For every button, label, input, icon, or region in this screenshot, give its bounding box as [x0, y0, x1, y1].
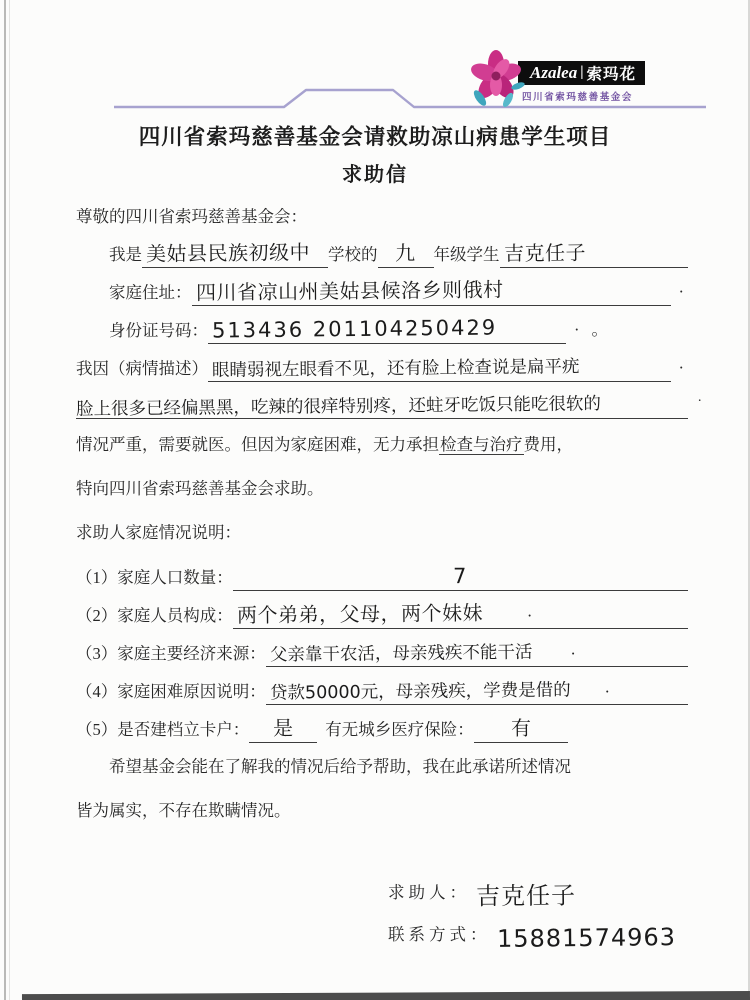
address-label: 家庭住址： — [109, 281, 192, 306]
logo-brand-en: Azalea — [530, 63, 577, 83]
family-item-5-label2: 有无城乡医疗保险： — [317, 718, 474, 743]
letter-title: 四川省索玛慈善基金会请救助凉山病患学生项目 — [0, 120, 750, 151]
id-field: 513436 201104250429 — [208, 319, 566, 344]
logo-brand-divider: | — [580, 64, 583, 81]
appeal-line: 特向四川省索玛慈善基金会求助。 — [76, 471, 688, 509]
applicant-signature-line: 求助人： 吉克任子 — [388, 863, 688, 905]
letter-subtitle: 求助信 — [0, 158, 750, 187]
family-item-2-label: （2）家庭人员构成： — [76, 604, 233, 629]
family-item-4-label: （4）家庭困难原因说明： — [76, 680, 266, 705]
family-item-5: （5）是否建档立卡户： 是 有无城乡医疗保险： 有 — [76, 711, 688, 743]
intro-middle: 学校的 — [328, 243, 378, 268]
intro-prefix: 我是 — [109, 243, 142, 268]
address-handwriting: 四川省凉山州美姑县候洛乡则俄村 — [195, 280, 503, 301]
family-item-5-field1: 是 — [249, 718, 317, 743]
family-item-5-label: （5）是否建档立卡户： — [76, 718, 249, 743]
family-item-1-field: 7 — [233, 566, 688, 591]
id-handwriting: 513436 201104250429 — [212, 319, 497, 340]
salutation-line: 尊敬的四川省索玛慈善基金会： — [76, 198, 688, 230]
condition-line1: 我因（病情描述） 眼睛弱视左眼看不见，还有脸上检查说是扁平疣 · — [76, 350, 688, 382]
logo-org-name: 四川省索玛慈善基金会 — [522, 89, 633, 103]
salutation: 尊敬的四川省索玛慈善基金会： — [76, 205, 307, 230]
id-line: 身份证号码： 513436 201104250429 · 。 — [76, 312, 688, 344]
condition-line2-field: 脸上很多已经偏黑黑，吃辣的很痒特别疼，还蛀牙吃饭只能吃很软的 · — [76, 388, 688, 419]
scanned-letter-page: Azalea | 索玛花 四川省索玛慈善基金会 四川省索玛慈善基金会请救助凉山病… — [0, 0, 750, 1000]
family-item-1: （1）家庭人口数量： 7 — [76, 559, 688, 591]
family-item-5-field2: 有 — [474, 718, 568, 743]
azalea-flower-icon — [466, 48, 526, 110]
family-item-4-dot: · — [605, 682, 611, 701]
family-item-3-label: （3）家庭主要经济来源： — [76, 642, 266, 667]
closing-text-2: 皆为属实，不存在欺瞒情况。 — [76, 801, 291, 820]
family-heading-line: 求助人家庭情况说明： — [76, 515, 688, 553]
signature-block: 求助人： 吉克任子 联系方式： 15881574963 — [388, 863, 688, 947]
condition-line2-dot: · — [697, 390, 702, 414]
letter-body: 尊敬的四川省索玛慈善基金会： 我是 美姑县民族初级中 学校的 九 年级学生 吉克… — [76, 198, 688, 947]
family-heading: 求助人家庭情况说明： — [76, 523, 241, 542]
family-item-2-field: 两个弟弟，父母，两个妹妹 · — [233, 604, 688, 629]
severity-text-2: 费用， — [524, 435, 574, 454]
school-field: 美姑县民族初级中 — [142, 243, 328, 268]
family-item-3-handwriting: 父亲靠干农活，母亲残疾不能干活 — [270, 644, 533, 665]
family-item-1-handwriting: 7 — [453, 567, 469, 585]
id-trailing-dot2: 。 — [584, 318, 613, 344]
id-trailing-dot1: · — [566, 318, 584, 344]
appeal-text: 特向四川省索玛慈善基金会求助。 — [76, 479, 324, 498]
applicant-label: 求助人： — [388, 881, 470, 905]
logo-brand-box: Azalea | 索玛花 — [518, 61, 645, 85]
contact-label: 联系方式： — [388, 923, 491, 947]
family-item-5-handwriting1: 是 — [273, 719, 294, 737]
family-item-4: （4）家庭困难原因说明： 贷款50000元，母亲残疾，学费是借的 · — [76, 673, 688, 705]
closing-line2: 皆为属实，不存在欺瞒情况。 — [76, 793, 688, 831]
family-item-4-handwriting: 贷款50000元，母亲残疾，学费是借的 — [270, 681, 571, 702]
severity-paragraph: 情况严重，需要就医。但因为家庭困难，无力承担检查与治疗费用， — [76, 427, 688, 465]
condition-label: 我因（病情描述） — [76, 357, 208, 382]
family-item-2-handwriting: 两个弟弟，父母，两个妹妹 — [237, 604, 483, 625]
condition-line1-dot: · — [671, 356, 689, 382]
school-handwriting: 美姑县民族初级中 — [146, 243, 310, 263]
grade-handwriting: 九 — [395, 244, 416, 262]
family-item-2-dot: · — [527, 606, 533, 625]
family-item-3: （3）家庭主要经济来源： 父亲靠干农活，母亲残疾不能干活 · — [76, 635, 688, 667]
contact-phone-handwriting: 15881574963 — [496, 928, 675, 948]
family-item-3-field: 父亲靠干农活，母亲残疾不能干活 · — [266, 642, 688, 667]
address-field: 四川省凉山州美姑县候洛乡则俄村 — [192, 281, 671, 306]
intro-suffix: 年级学生 — [434, 243, 500, 268]
applicant-name-handwriting: 吉克任子 — [476, 886, 576, 905]
condition-handwriting-line2: 脸上很多已经偏黑黑，吃辣的很痒特别疼，还蛀牙吃饭只能吃很软的 — [76, 395, 601, 418]
foundation-logo: Azalea | 索玛花 四川省索玛慈善基金会 — [466, 46, 692, 112]
family-item-3-dot: · — [570, 644, 576, 663]
intro-line: 我是 美姑县民族初级中 学校的 九 年级学生 吉克任子 — [76, 236, 688, 268]
scan-edge-bottom — [22, 991, 750, 1000]
closing-line1: 希望基金会能在了解我的情况后给予帮助，我在此承诺所述情况 — [76, 749, 688, 787]
name-handwriting: 吉克任子 — [503, 244, 585, 263]
family-item-4-field: 贷款50000元，母亲残疾，学费是借的 · — [266, 680, 688, 705]
severity-underlined-phrase: 检查与治疗 — [439, 435, 524, 455]
family-item-1-label: （1）家庭人口数量： — [76, 566, 233, 591]
contact-line: 联系方式： 15881574963 — [388, 905, 688, 947]
severity-text-1: 情况严重，需要就医。但因为家庭困难，无力承担 — [76, 435, 439, 454]
logo-brand-cn: 索玛花 — [587, 62, 637, 84]
condition-handwriting-line1: 眼睛弱视左眼看不见，还有脸上检查说是扁平疣 — [212, 358, 580, 380]
address-trailing-dot: · — [671, 280, 689, 306]
grade-field: 九 — [378, 243, 434, 268]
address-line: 家庭住址： 四川省凉山州美姑县候洛乡则俄村 · — [76, 274, 688, 306]
id-label: 身份证号码： — [109, 319, 208, 344]
family-item-5-handwriting2: 有 — [510, 719, 531, 737]
condition-field-line1: 眼睛弱视左眼看不见，还有脸上检查说是扁平疣 — [208, 357, 671, 382]
closing-text-1: 希望基金会能在了解我的情况后给予帮助，我在此承诺所述情况 — [109, 757, 571, 776]
name-field: 吉克任子 — [500, 243, 689, 268]
family-item-2: （2）家庭人员构成： 两个弟弟，父母，两个妹妹 · — [76, 597, 688, 629]
